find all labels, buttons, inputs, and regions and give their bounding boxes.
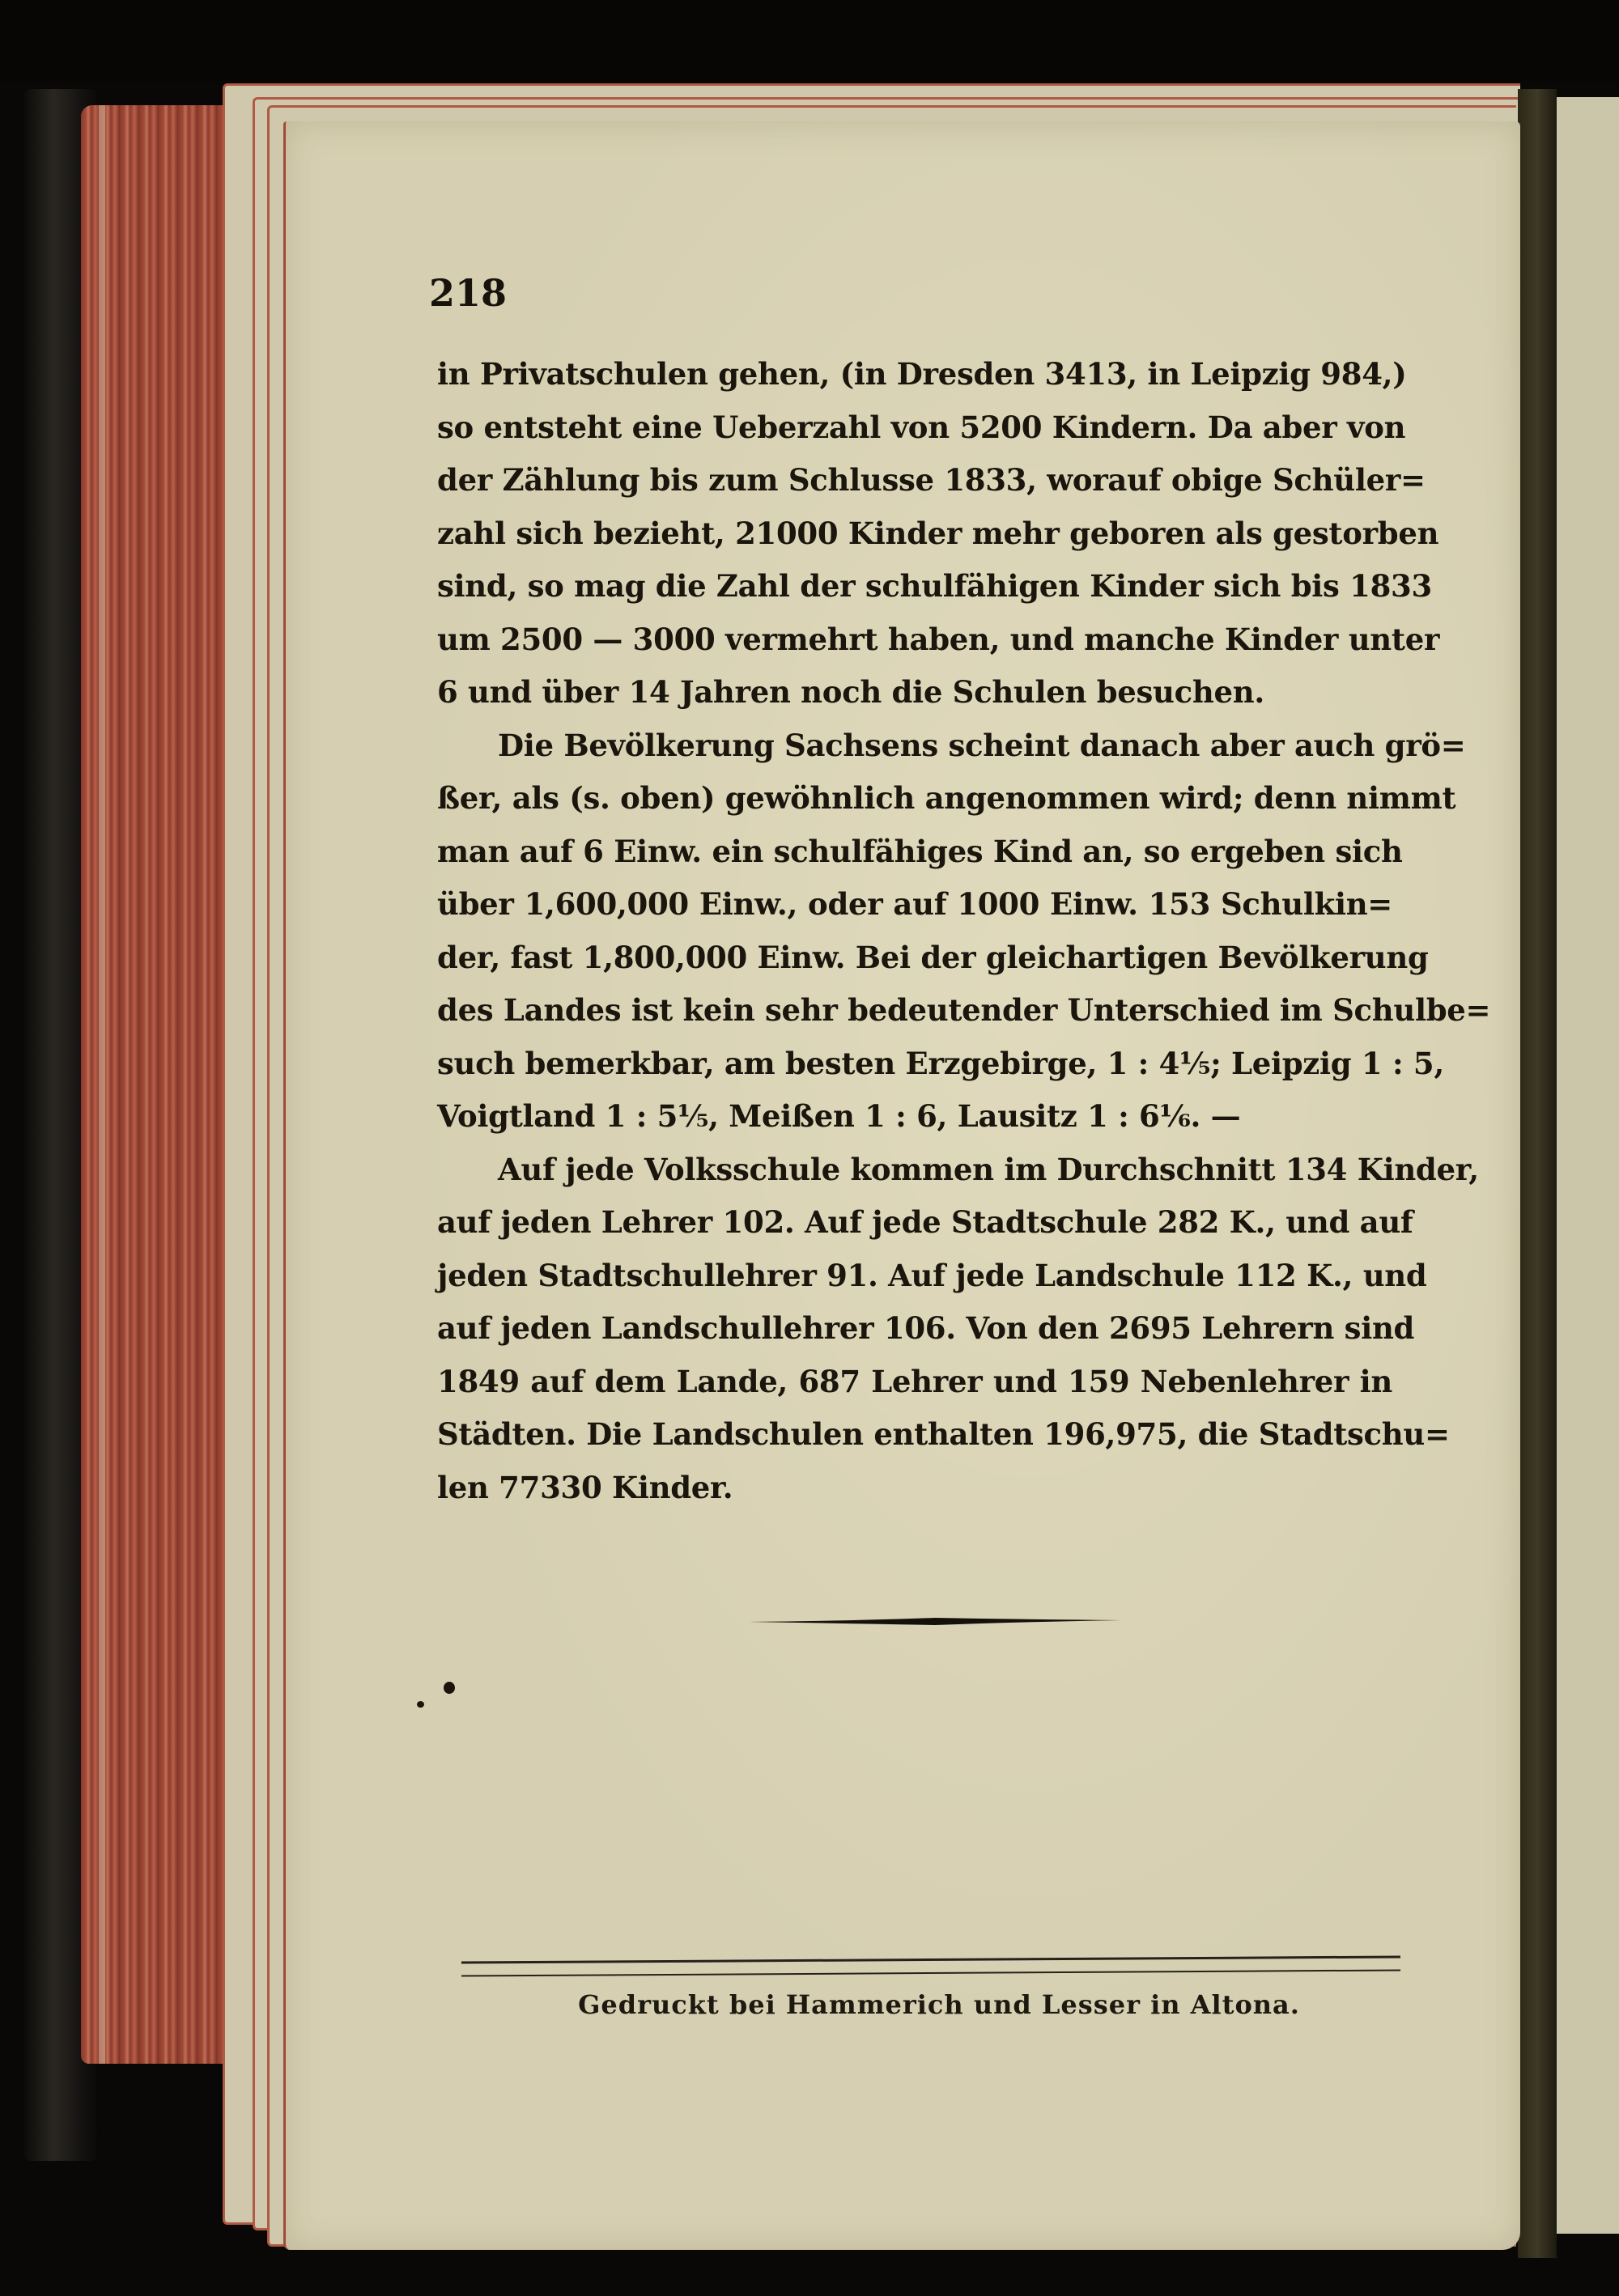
book-gutter — [1518, 89, 1557, 2258]
text-line: über 1,600,000 Einw., oder auf 1000 Einw… — [437, 878, 1392, 932]
text-line: Städten. Die Landschulen enthalten 196,9… — [437, 1408, 1392, 1462]
text-line: sind, so mag die Zahl der schulfähigen K… — [437, 560, 1392, 613]
text-line: des Landes ist kein sehr bedeutender Unt… — [437, 984, 1392, 1038]
ornamental-divider — [749, 1615, 1121, 1627]
text-line: such bemerkbar, am besten Erzgebirge, 1 … — [437, 1038, 1392, 1091]
page-number: 218 — [429, 271, 507, 315]
text-line: der, fast 1,800,000 Einw. Bei der gleich… — [437, 932, 1392, 985]
paragraph-1: in Privatschulen gehen, (in Dresden 3413… — [437, 348, 1392, 719]
text-line: Voigtland 1 : 5⅕, Meißen 1 : 6, Lausitz … — [437, 1090, 1392, 1144]
paragraph-2: Die Bevölkerung Sachsens scheint danach … — [437, 719, 1392, 1144]
text-line: jeden Stadtschullehrer 91. Auf jede Land… — [437, 1250, 1392, 1303]
paragraph-3: Auf jede Volksschule kommen im Durchschn… — [437, 1144, 1392, 1515]
text-line: auf jeden Lehrer 102. Auf jede Stadtschu… — [437, 1196, 1392, 1250]
text-line: man auf 6 Einw. ein schulfähiges Kind an… — [437, 825, 1392, 879]
text-line: um 2500 — 3000 vermehrt haben, und manch… — [437, 613, 1392, 667]
text-line: 6 und über 14 Jahren noch die Schulen be… — [437, 666, 1392, 719]
text-line: len 77330 Kinder. — [437, 1462, 1392, 1515]
text-line: Auf jede Volksschule kommen im Durchschn… — [437, 1144, 1392, 1197]
ink-spot — [417, 1701, 424, 1708]
body-text: in Privatschulen gehen, (in Dresden 3413… — [437, 348, 1392, 1514]
text-line: auf jeden Landschullehrer 106. Von den 2… — [437, 1302, 1392, 1356]
text-line: der Zählung bis zum Schlusse 1833, worau… — [437, 454, 1392, 507]
text-line: ßer, als (s. oben) gewöhnlich angenommen… — [437, 772, 1392, 825]
facing-page-edge — [1557, 97, 1619, 2234]
text-line: 1849 auf dem Lande, 687 Lehrer und 159 N… — [437, 1356, 1392, 1409]
ink-spot — [444, 1682, 455, 1694]
text-line: Die Bevölkerung Sachsens scheint danach … — [437, 719, 1392, 773]
scan-background — [0, 0, 1619, 81]
text-line: in Privatschulen gehen, (in Dresden 3413… — [437, 348, 1392, 401]
printer-imprint: Gedruckt bei Hammerich und Lesser in Alt… — [453, 1989, 1425, 2020]
text-line: zahl sich bezieht, 21000 Kinder mehr geb… — [437, 507, 1392, 561]
red-page-edges — [81, 105, 227, 2064]
text-line: so entsteht eine Ueberzahl von 5200 Kind… — [437, 401, 1392, 455]
